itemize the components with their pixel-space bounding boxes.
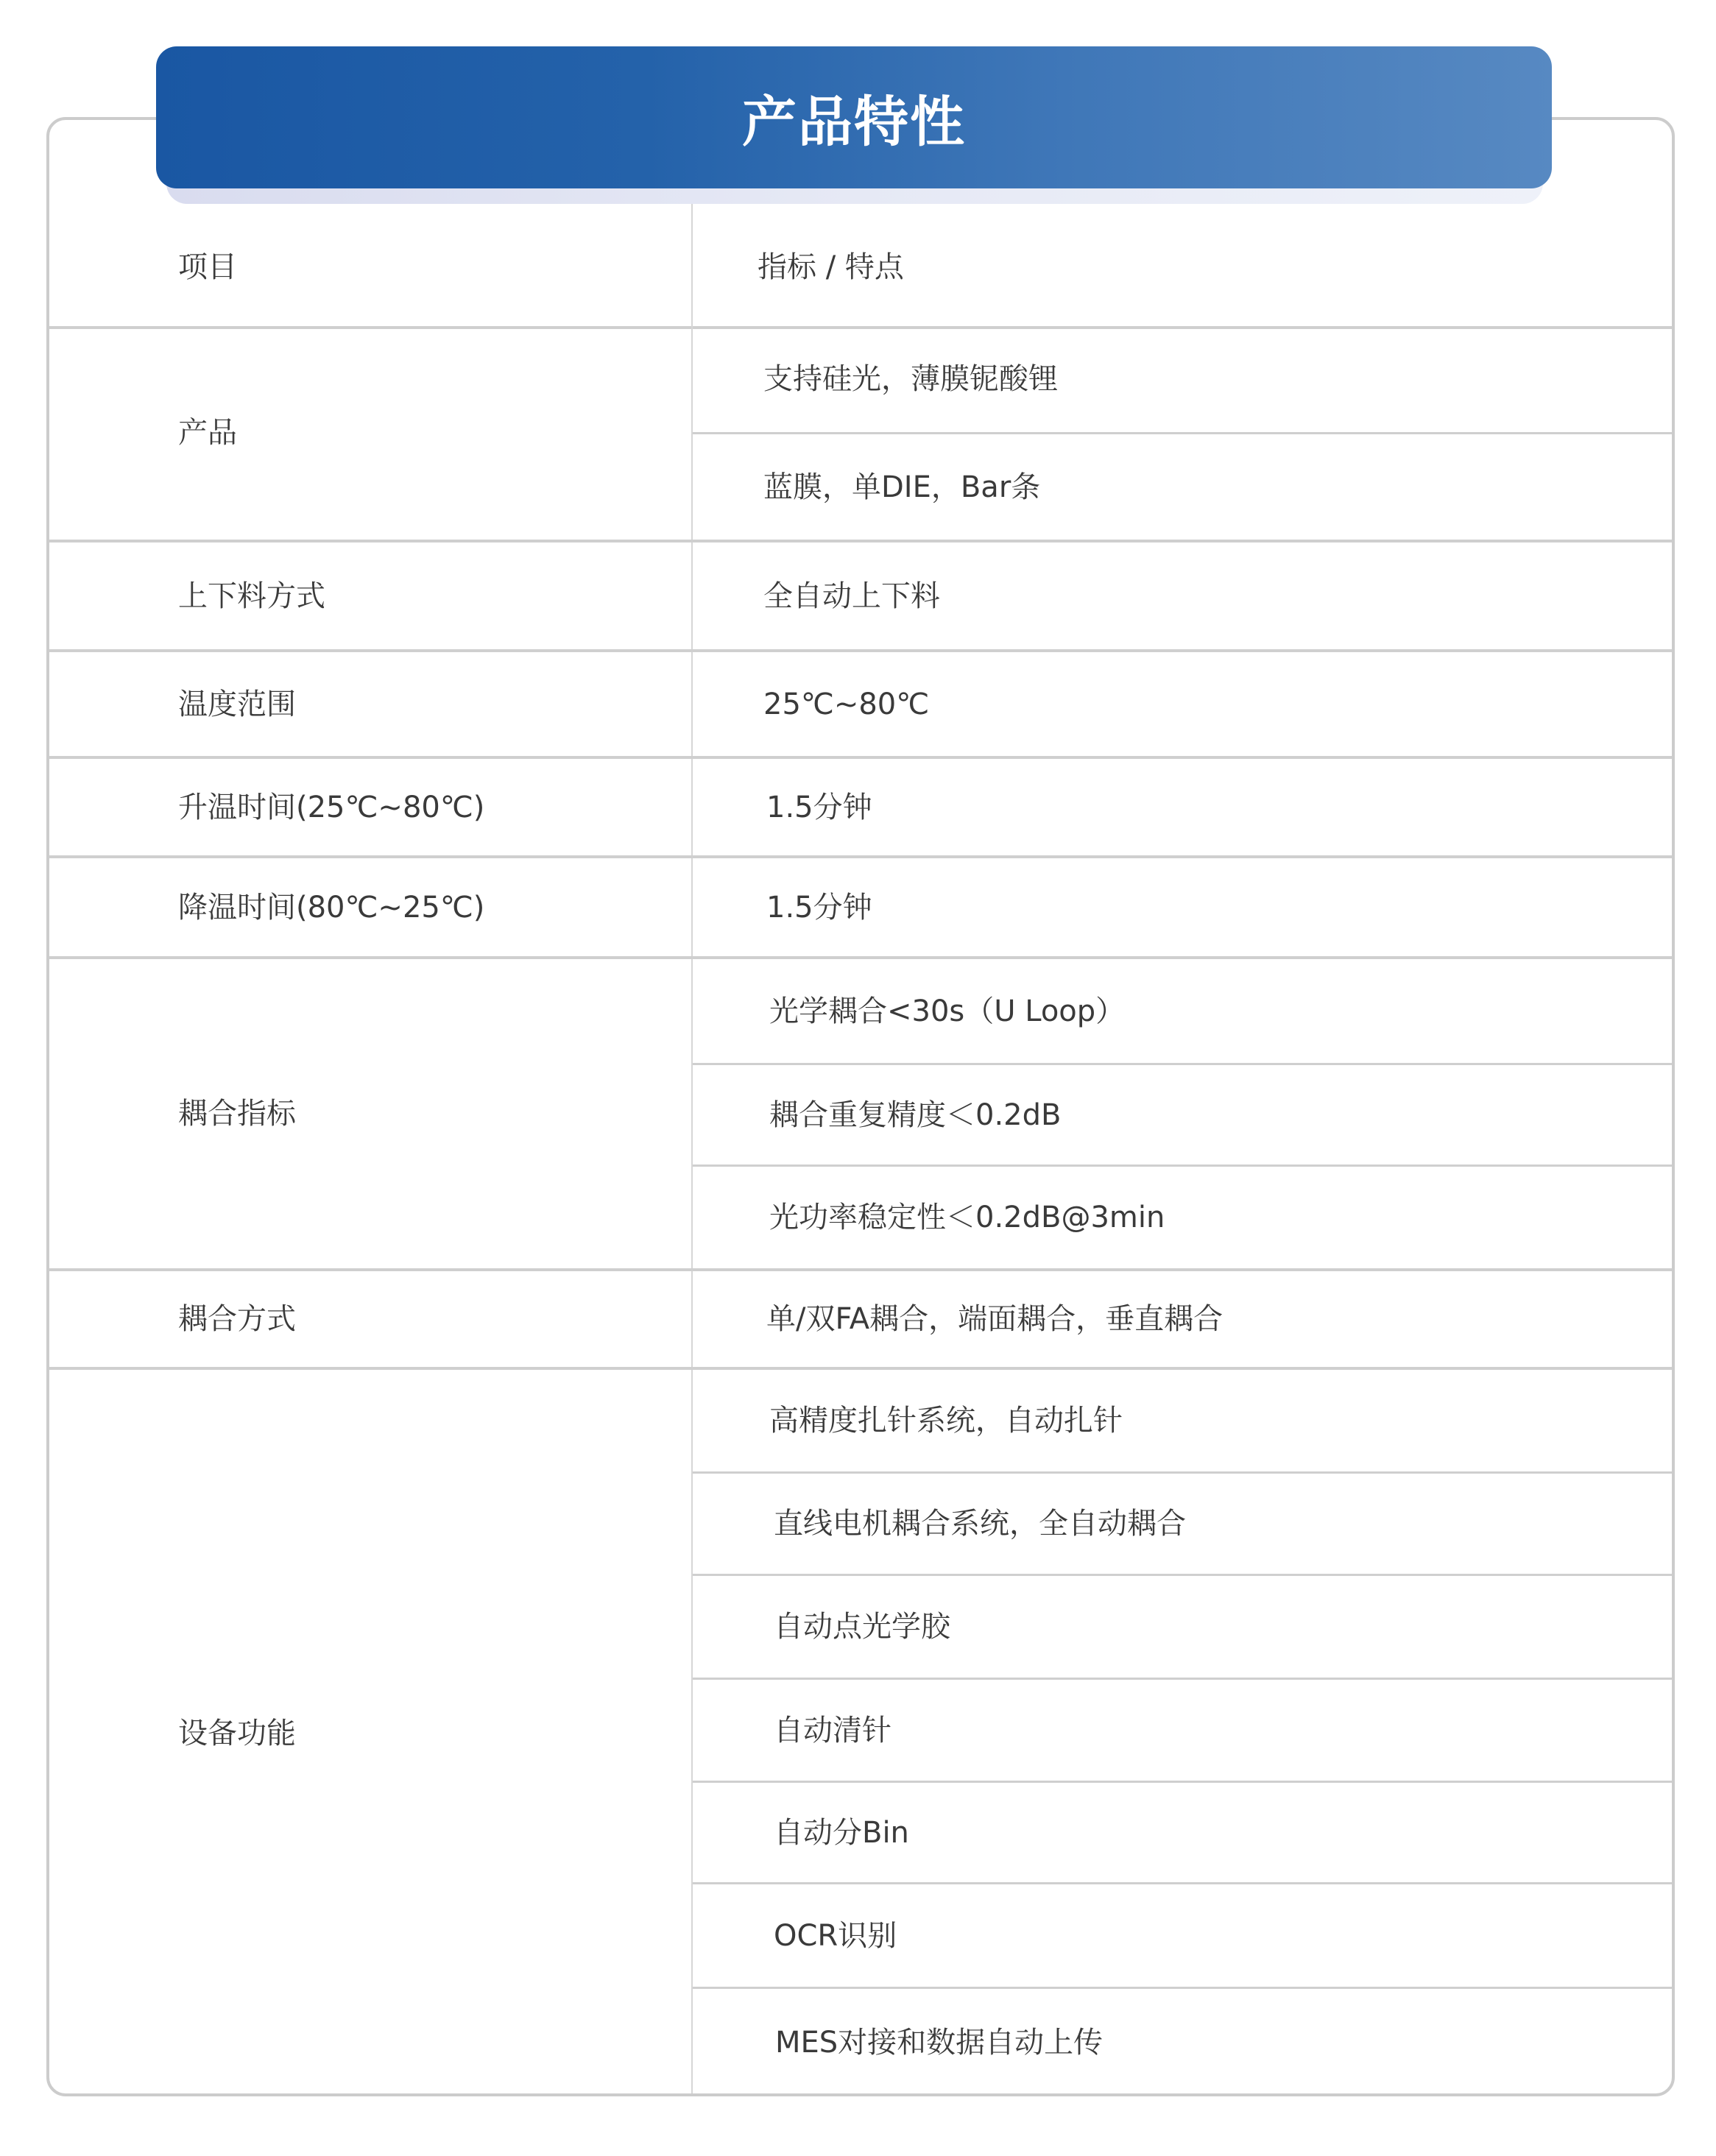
- table-row-device-functions: 设备功能 高精度扎针系统，自动扎针 直线电机耦合系统，全自动耦合 自动点光学胶 …: [49, 1370, 1672, 2096]
- table-row-cooling-time: 降温时间(80℃~25℃) 1.5分钟: [49, 858, 1672, 959]
- table-row-heating-time: 升温时间(25℃~80℃) 1.5分钟: [49, 759, 1672, 858]
- row-label: 上下料方式: [178, 582, 325, 611]
- table-row-temperature-range: 温度范围 25℃~80℃: [49, 652, 1672, 759]
- row-value: 1.5分钟: [693, 858, 1672, 956]
- row-label: 降温时间(80℃~25℃): [178, 893, 484, 922]
- section-header: 产品特性: [156, 46, 1552, 188]
- row-label: 温度范围: [178, 690, 296, 719]
- table-row-loading: 上下料方式 全自动上下料: [49, 542, 1672, 652]
- row-label: 设备功能: [178, 1719, 296, 1748]
- row-value: OCR识别: [693, 1884, 1672, 1989]
- row-label: 产品: [178, 418, 237, 448]
- row-value: 光功率稳定性＜0.2dB@3min: [693, 1167, 1672, 1268]
- row-label: 升温时间(25℃~80℃): [178, 793, 484, 822]
- row-value: 光学耦合<30s（U Loop）: [693, 959, 1672, 1065]
- table-row-coupling-method: 耦合方式 单/双FA耦合，端面耦合，垂直耦合: [49, 1271, 1672, 1370]
- table-row-coupling-metrics: 耦合指标 光学耦合<30s（U Loop） 耦合重复精度＜0.2dB 光功率稳定…: [49, 959, 1672, 1271]
- table-row-product: 产品 支持硅光，薄膜铌酸锂 蓝膜，单DIE，Bar条: [49, 326, 1672, 542]
- row-value: 自动分Bin: [693, 1783, 1672, 1884]
- row-label: 耦合指标: [178, 1099, 296, 1128]
- row-value: 支持硅光，薄膜铌酸锂: [693, 326, 1672, 434]
- row-value: 自动点光学胶: [693, 1576, 1672, 1680]
- row-value: 耦合重复精度＜0.2dB: [693, 1065, 1672, 1167]
- row-value: 25℃~80℃: [693, 652, 1672, 756]
- row-value: 1.5分钟: [693, 759, 1672, 855]
- spec-table: 项目 指标 / 特点 产品 支持硅光，薄膜铌酸锂 蓝膜，单DIE，Bar条 上下…: [49, 120, 1672, 2093]
- row-value: 直线电机耦合系统，全自动耦合: [693, 1474, 1672, 1576]
- row-value: 自动清针: [693, 1680, 1672, 1783]
- section-title: 产品特性: [742, 79, 966, 157]
- row-value: 蓝膜，单DIE，Bar条: [693, 434, 1672, 540]
- row-label: 耦合方式: [178, 1304, 296, 1334]
- row-value: 单/双FA耦合，端面耦合，垂直耦合: [693, 1271, 1672, 1367]
- row-value: 高精度扎针系统，自动扎针: [693, 1370, 1672, 1474]
- spec-table-card: 项目 指标 / 特点 产品 支持硅光，薄膜铌酸锂 蓝膜，单DIE，Bar条 上下…: [46, 117, 1675, 2096]
- row-value: 全自动上下料: [693, 542, 1672, 649]
- row-value: MES对接和数据自动上传: [693, 1989, 1672, 2096]
